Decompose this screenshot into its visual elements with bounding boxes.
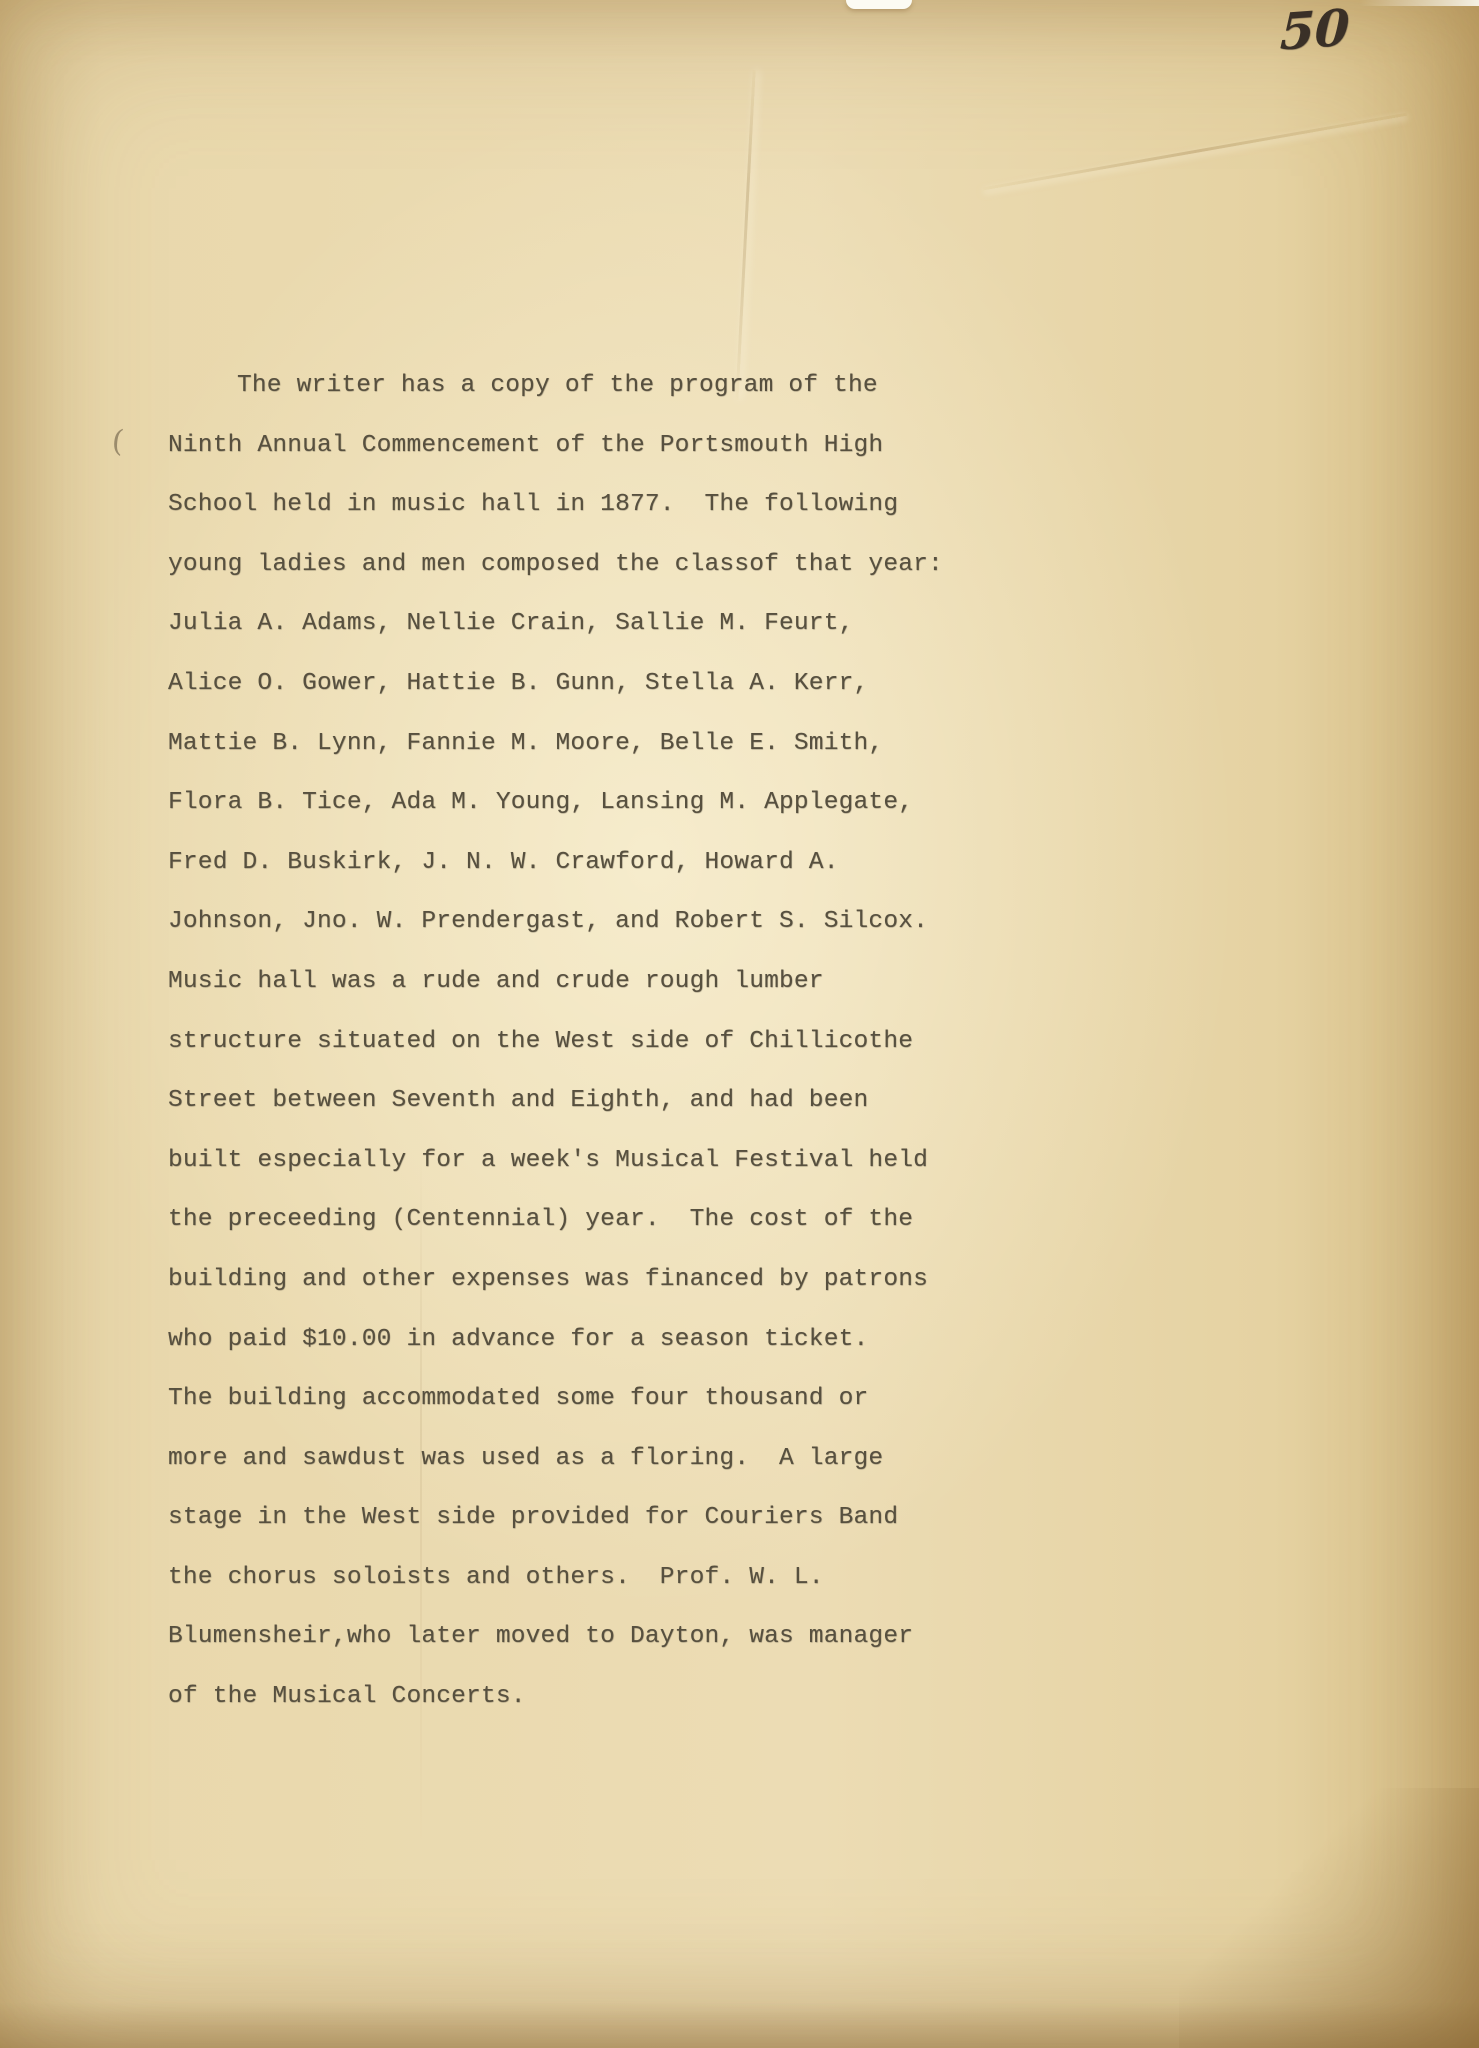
text-line: young ladies and men composed the classo… [168,535,1008,595]
typewritten-text-block: The writer has a copy of the program of … [168,356,1008,1727]
paper-sheet: 50 ( The writer has a copy of the progra… [0,0,1479,2048]
text-line: more and sawdust was used as a floring. … [168,1429,1008,1489]
text-line: Blumensheir,who later moved to Dayton, w… [168,1607,1008,1667]
text-line: built especially for a week's Musical Fe… [168,1131,1008,1191]
text-line: Ninth Annual Commencement of the Portsmo… [168,416,1008,476]
torn-edge-notch [846,0,912,9]
text-line: Alice O. Gower, Hattie B. Gunn, Stella A… [168,654,1008,714]
paper-crease [735,70,755,400]
text-line: School held in music hall in 1877. The f… [168,475,1008,535]
text-line: who paid $10.00 in advance for a season … [168,1310,1008,1370]
text-line: building and other expenses was financed… [168,1250,1008,1310]
text-line: Julia A. Adams, Nellie Crain, Sallie M. … [168,594,1008,654]
pencil-stray-mark: ( [110,423,125,459]
text-line: stage in the West side provided for Cour… [168,1488,1008,1548]
paper-crease [983,113,1407,191]
text-line: the preceeding (Centennial) year. The co… [168,1190,1008,1250]
text-line: The writer has a copy of the program of … [168,356,1008,416]
page-edge-shadow [0,2002,1479,2048]
scanned-document-page: 50 ( The writer has a copy of the progra… [0,0,1479,2048]
text-line: Fred D. Buskirk, J. N. W. Crawford, Howa… [168,833,1008,893]
text-line: of the Musical Concerts. [168,1667,1008,1727]
scan-edge-sliver [1359,0,1479,6]
text-line: Street between Seventh and Eighth, and h… [168,1071,1008,1131]
text-line: Music hall was a rude and crude rough lu… [168,952,1008,1012]
page-number-handwritten: 50 [1279,0,1350,62]
text-line: The building accommodated some four thou… [168,1369,1008,1429]
text-line: structure situated on the West side of C… [168,1012,1008,1072]
text-line: Johnson, Jno. W. Prendergast, and Robert… [168,892,1008,952]
text-line: the chorus soloists and others. Prof. W.… [168,1548,1008,1608]
text-line: Mattie B. Lynn, Fannie M. Moore, Belle E… [168,714,1008,774]
text-line: Flora B. Tice, Ada M. Young, Lansing M. … [168,773,1008,833]
